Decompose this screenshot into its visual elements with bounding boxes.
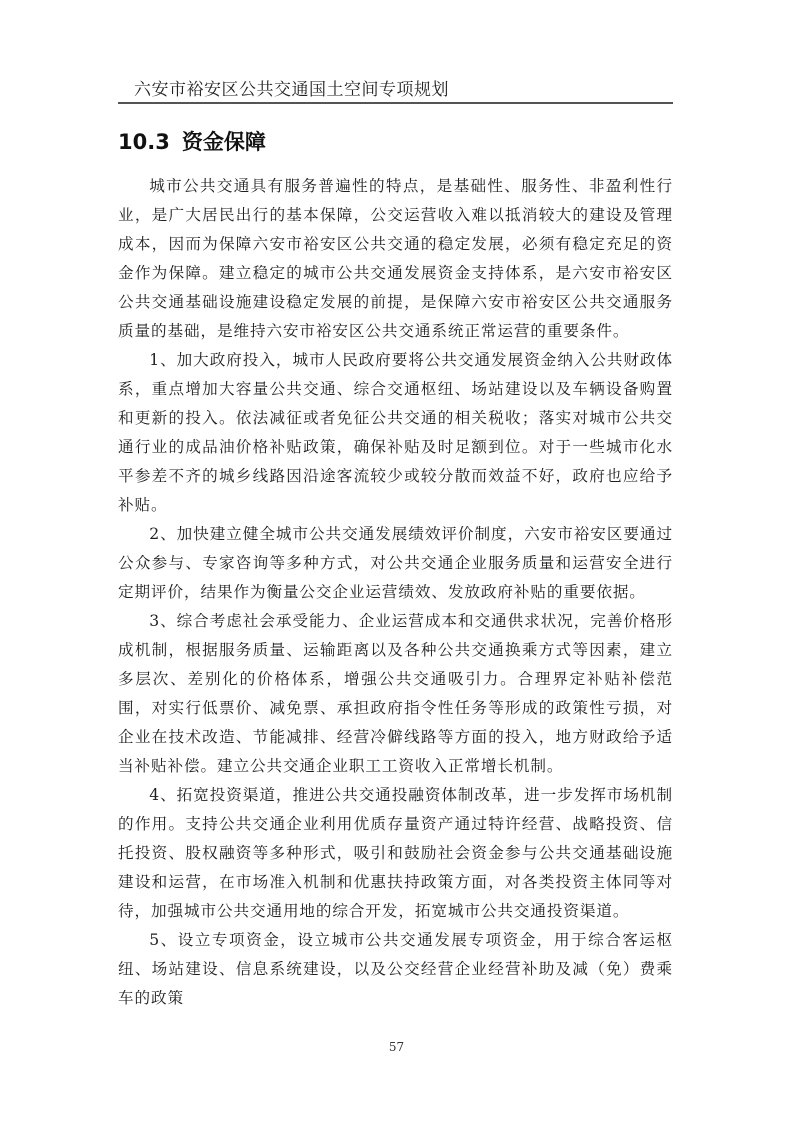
paragraph-item-3: 3、综合考虑社会承受能力、企业运营成本和交通供求状况，完善价格形成机制，根据服务… <box>118 607 673 781</box>
paragraph-intro: 城市公共交通具有服务普遍性的特点，是基础性、服务性、非盈利性行业，是广大居民出行… <box>118 172 673 346</box>
paragraph-item-5: 5、设立专项资金，设立城市公共交通发展专项资金，用于综合客运枢纽、场站建设、信息… <box>118 926 673 1013</box>
section-number: 10.3 <box>118 130 170 154</box>
page-number: 57 <box>0 1040 793 1054</box>
page-header: 六安市裕安区公共交通国土空间专项规划 <box>118 79 673 104</box>
paragraph-item-2: 2、加快建立健全城市公共交通发展绩效评价制度，六安市裕安区要通过公众参与、专家咨… <box>118 520 673 607</box>
paragraph-item-1: 1、加大政府投入，城市人民政府要将公共交通发展资金纳入公共财政体系，重点增加大容… <box>118 346 673 520</box>
paragraph-item-4: 4、拓宽投资渠道，推进公共交通投融资体制改革，进一步发挥市场机制的作用。支持公共… <box>118 781 673 926</box>
section-heading: 10.3资金保障 <box>118 127 266 157</box>
section-title: 资金保障 <box>182 130 266 154</box>
body-text: 城市公共交通具有服务普遍性的特点，是基础性、服务性、非盈利性行业，是广大居民出行… <box>118 172 673 1013</box>
header-divider <box>118 102 673 104</box>
document-title: 六安市裕安区公共交通国土空间专项规划 <box>118 79 673 101</box>
